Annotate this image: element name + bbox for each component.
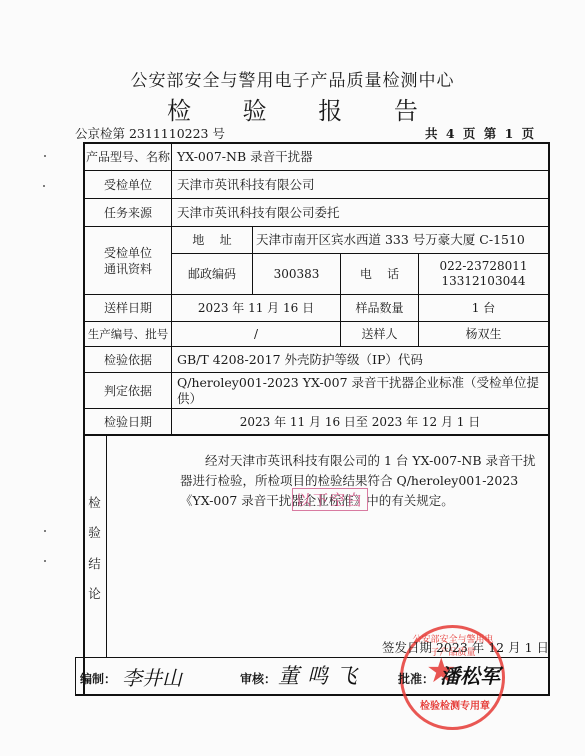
address-value: 天津市南开区宾水西道 333 号万豪大厦 C-1510	[253, 227, 548, 253]
sample-date-label: 送样日期	[85, 295, 171, 321]
inspected-unit-value: 天津市英讯科技有限公司	[172, 171, 548, 198]
product-label: 产品型号、名称	[85, 143, 171, 170]
address-label: 地 址	[172, 227, 252, 253]
sample-date-value: 2023 年 11 月 16 日	[172, 295, 340, 321]
contact-label-line2: 通讯资料	[104, 261, 152, 277]
task-source-label: 任务来源	[85, 199, 171, 226]
blank-below-stamp: 以下空白	[292, 488, 368, 511]
postcode-value: 300383	[253, 254, 340, 294]
sender-value: 杨双生	[419, 322, 548, 346]
scan-dot	[44, 155, 46, 157]
inspected-unit-label: 受检单位	[85, 171, 171, 198]
approved-label: 批准：	[398, 670, 434, 687]
postcode-label: 邮政编码	[172, 254, 252, 294]
phone-value: 022-23728011 13312103044	[419, 254, 548, 294]
scan-dot	[44, 560, 46, 562]
serial-label: 生产编号、批号	[85, 322, 171, 346]
product-value: YX-007-NB 录音干扰器	[172, 143, 548, 170]
contact-label: 受检单位 通讯资料	[85, 227, 171, 294]
sample-qty-value: 1 台	[419, 295, 548, 321]
phone-value-2: 13312103044	[442, 274, 526, 289]
page-info: 共 4 页 第 1 页	[425, 124, 534, 142]
issue-date: 签发日期 2023 年 12 月 1 日	[382, 638, 549, 656]
reviewed-label: 审核：	[240, 670, 276, 687]
reviewed-signature: 董鸣飞	[278, 660, 365, 690]
conclusion-label-char: 论	[83, 584, 106, 602]
compiled-signature: 李井山	[122, 662, 182, 691]
organization-name: 公安部安全与警用电子产品质量检测中心	[0, 66, 585, 91]
judgement-value: Q/heroley001-2023 YX-007 录音干扰器企业标准（受检单位提…	[172, 373, 548, 408]
inspect-date-value: 2023 年 11 月 16 日至 2023 年 12 月 1 日	[172, 409, 548, 434]
basis-label: 检验依据	[85, 347, 171, 372]
report-number: 公京检第 2311110223 号	[75, 124, 225, 142]
seal-bottom-text: 检验检测专用章	[415, 697, 495, 712]
phone-label: 电 话	[341, 254, 418, 294]
task-source-value: 天津市英讯科技有限公司委托	[172, 199, 548, 226]
compiled-label: 编制：	[80, 670, 116, 687]
sender-label: 送样人	[341, 322, 418, 346]
conclusion-label-char: 检	[83, 493, 106, 511]
scan-dot	[44, 530, 46, 532]
contact-label-line1: 受检单位	[104, 245, 152, 261]
report-title: 检 验 报 告	[0, 91, 585, 126]
judgement-label: 判定依据	[85, 373, 171, 408]
sample-qty-label: 样品数量	[341, 295, 418, 321]
conclusion-label-char: 结	[83, 554, 106, 572]
serial-value: /	[172, 322, 340, 346]
phone-value-1: 022-23728011	[439, 259, 527, 274]
conclusion-label-char: 验	[83, 523, 106, 541]
basis-value: GB/T 4208-2017 外壳防护等级（IP）代码	[172, 347, 548, 372]
approved-signature: 潘松军	[440, 660, 500, 689]
scan-dot	[43, 185, 45, 187]
inspect-date-label: 检验日期	[85, 409, 171, 434]
